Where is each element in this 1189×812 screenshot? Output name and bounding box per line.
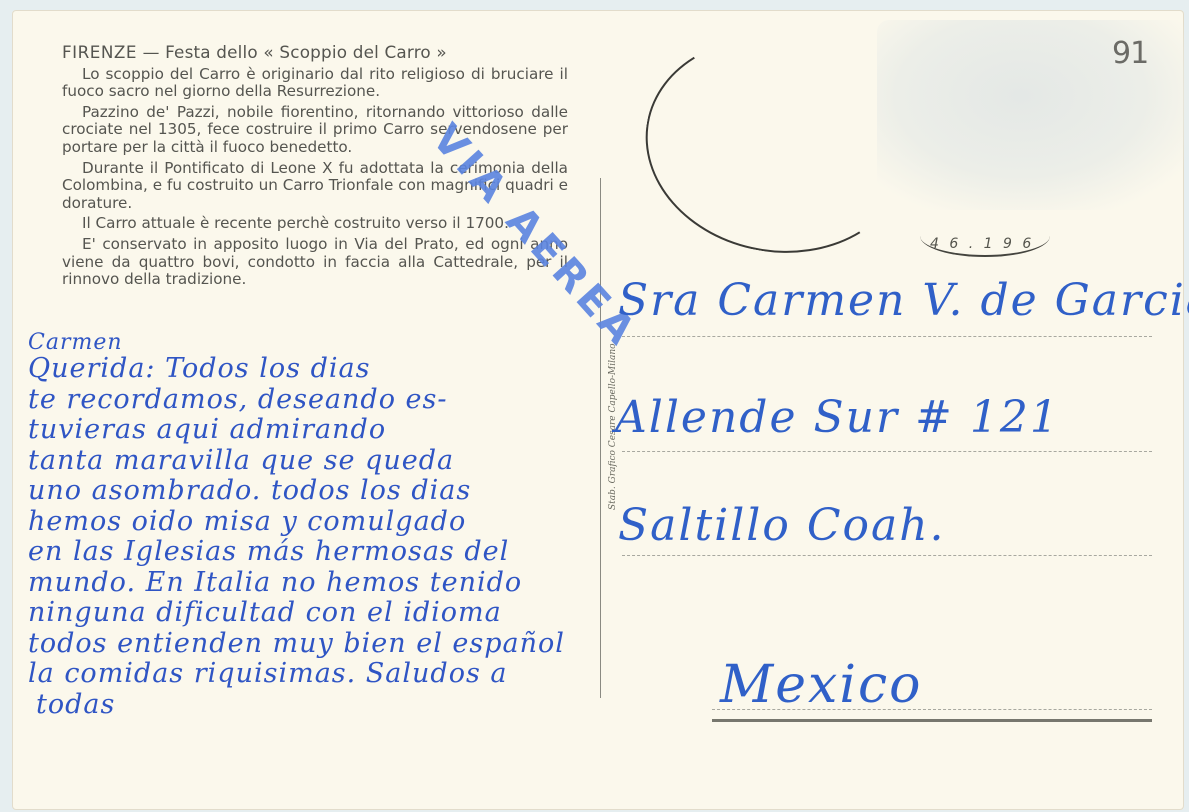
printed-title: FIRENZE — Festa dello « Scoppio del Carr… [62,44,568,62]
message-line: la comidas riquisimas. Saludos a [28,659,600,690]
message-line: tuvieras aqui admirando [28,415,600,446]
address-country: Mexico [720,655,922,715]
message-line: uno asombrado. todos los dias [28,476,600,507]
title-dash: — [143,42,160,62]
handwritten-message: Carmen Querida: Todos los dias te record… [28,346,600,720]
festival-title: Festa dello « Scoppio del Carro » [165,42,447,62]
address-recipient: Sra Carmen V. de Garcia [618,275,1189,326]
paragraph: E' conservato in apposito luogo in Via d… [62,236,568,289]
card-number: 91 [1112,36,1148,71]
message-line: te recordamos, deseando es- [28,385,600,416]
center-divider [600,178,601,698]
paragraph: Pazzino de' Pazzi, nobile fiorentino, ri… [62,104,568,157]
message-line: mundo. En Italia no hemos tenido [28,568,600,599]
postmark-text: 4 6 . 1 9 6 [930,236,1034,252]
message-line: en las Iglesias más hermosas del [28,537,600,568]
city-name: FIRENZE [62,42,137,62]
address-base-line [712,719,1152,722]
address-line-rule [622,451,1152,452]
message-line: Carmen [28,332,600,354]
address-line-rule [622,336,1152,337]
paragraph: Lo scoppio del Carro è originario dal ri… [62,66,568,101]
address-street: Allende Sur # 121 [615,392,1060,443]
message-line: todos entienden muy bien el español [28,629,600,660]
message-line: hemos oido misa y comulgado [28,507,600,538]
message-line: todas [28,690,600,721]
address-city: Saltillo Coah. [618,500,946,551]
message-line: Querida: Todos los dias [28,354,600,385]
message-line: tanta maravilla que se queda [28,446,600,477]
message-line: ninguna dificultad con el idioma [28,598,600,629]
address-line-rule [622,555,1152,556]
